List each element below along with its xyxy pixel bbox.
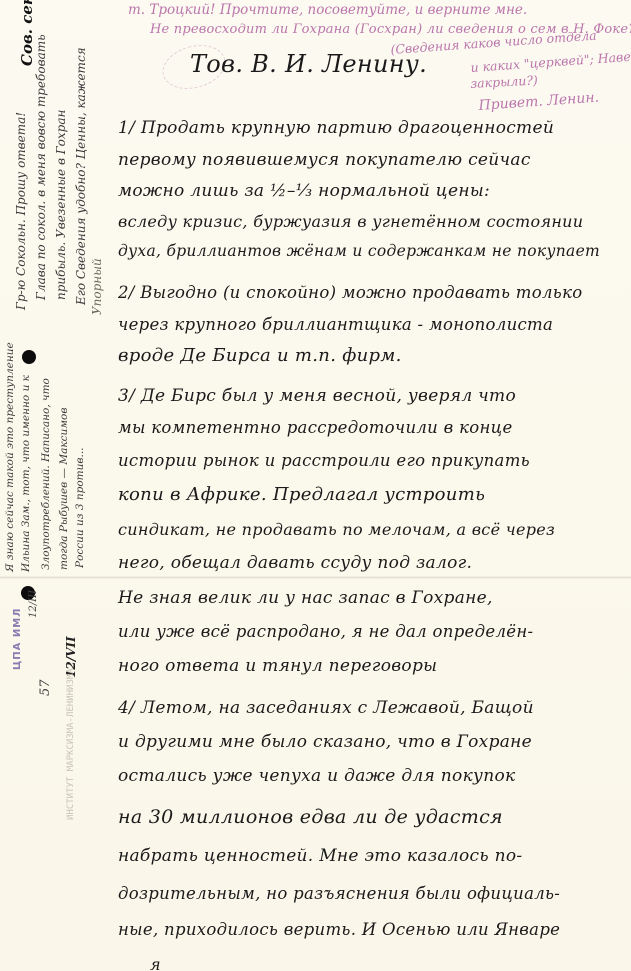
body-line: 2/ Выгодно (и спокойно) можно продавать … [118, 283, 582, 302]
body-line: копи в Африке. Предлагал устроить [118, 484, 485, 505]
margin-note-column: Злоупотреблений. Написано, что [40, 378, 52, 570]
punch-hole [22, 350, 36, 364]
body-line: вследу кризис, буржуазия в угнетённом со… [118, 212, 583, 231]
body-line: и другими мне было сказано, что в Гохран… [118, 732, 532, 752]
body-line: ного ответа и тянул переговоры [118, 656, 437, 676]
body-line-fragment: я [150, 955, 161, 971]
body-line: 3/ Де Бирс был у меня весной, уверял что [118, 386, 516, 406]
body-line: духа, бриллиантов жёнам и содержанкам не… [118, 242, 600, 260]
body-line: на 30 миллионов едва ли де удастся [118, 806, 503, 828]
margin-note-column: прибыль. Увезенные в Гохран [54, 110, 68, 300]
body-line: через крупного бриллиантщика - монополис… [118, 315, 553, 334]
body-line: ные, приходилось верить. И Осенью или Ян… [118, 920, 560, 939]
annotation-line: закрыли?) [470, 72, 538, 91]
body-line: него, обещал давать ссуду под залог. [118, 553, 472, 573]
margin-note-column: тогда Рыбушев — Максимов [58, 408, 70, 570]
addressee-heading: Тов. В. И. Ленину. [190, 50, 427, 78]
body-line: или уже всё распродано, я не дал определ… [118, 622, 533, 641]
body-line: 1/ Продать крупную партию драгоценностей [118, 118, 554, 138]
annotation-line: т. Троцкий! Прочтите, посоветуйте, и вер… [128, 2, 527, 18]
annotation-signature: Привет. Ленин. [478, 90, 600, 114]
margin-note-column: Гр-ю Сокольн. Прошу ответа! [14, 112, 28, 310]
margin-note-column: России из 3 против... [74, 447, 86, 568]
body-line: истории рынок и расстроили его прикупать [118, 451, 530, 470]
margin-note-column: Ильина Зам., тот, что именно и к [20, 375, 32, 572]
body-line: можно лишь за ½–⅓ нормальной цены: [118, 181, 490, 201]
faint-institute-stamp: ИНСТИТУТ МАРКСИЗМА-ЛЕНИНИЗМА [66, 668, 76, 820]
annotation-line: и каких "церквей"; Наверно [470, 47, 631, 75]
archive-stamp: ЦПА ИМЛ [12, 608, 23, 671]
body-line: вроде Де Бирса и т.п. фирм. [118, 345, 402, 366]
body-line: дозрительным, но разъяснения были официа… [118, 884, 560, 903]
margin-note-column: Я знаю сейчас такой это преступление [4, 342, 16, 572]
manuscript-page: т. Троцкий! Прочтите, посоветуйте, и вер… [0, 0, 631, 971]
body-line: синдикат, не продавать по мелочам, а всё… [118, 520, 555, 539]
body-line: мы компетентно рассредоточили в конце [118, 418, 513, 437]
margin-note-column: Упорный [90, 258, 104, 315]
body-line: первому появившемуся покупателю сейчас [118, 150, 531, 170]
archive-folio-number: 57 [38, 679, 53, 696]
margin-note-column: Его Сведения удобно? Ценны, кажется [74, 47, 88, 305]
margin-note-column: Глава по сокол. в меня вовсю требовать [34, 34, 48, 300]
body-line: Не зная велик ли у нас запас в Гохране, [118, 588, 493, 608]
body-line: остались уже чепуха и даже для покупок [118, 766, 515, 786]
paper-fold-line [0, 576, 631, 579]
body-line: набрать ценностей. Мне это казалось по- [118, 846, 522, 866]
body-line: 4/ Летом, на заседаниях с Лежавой, Бащой [118, 698, 534, 718]
archive-ref-number: 12/III [28, 590, 39, 618]
